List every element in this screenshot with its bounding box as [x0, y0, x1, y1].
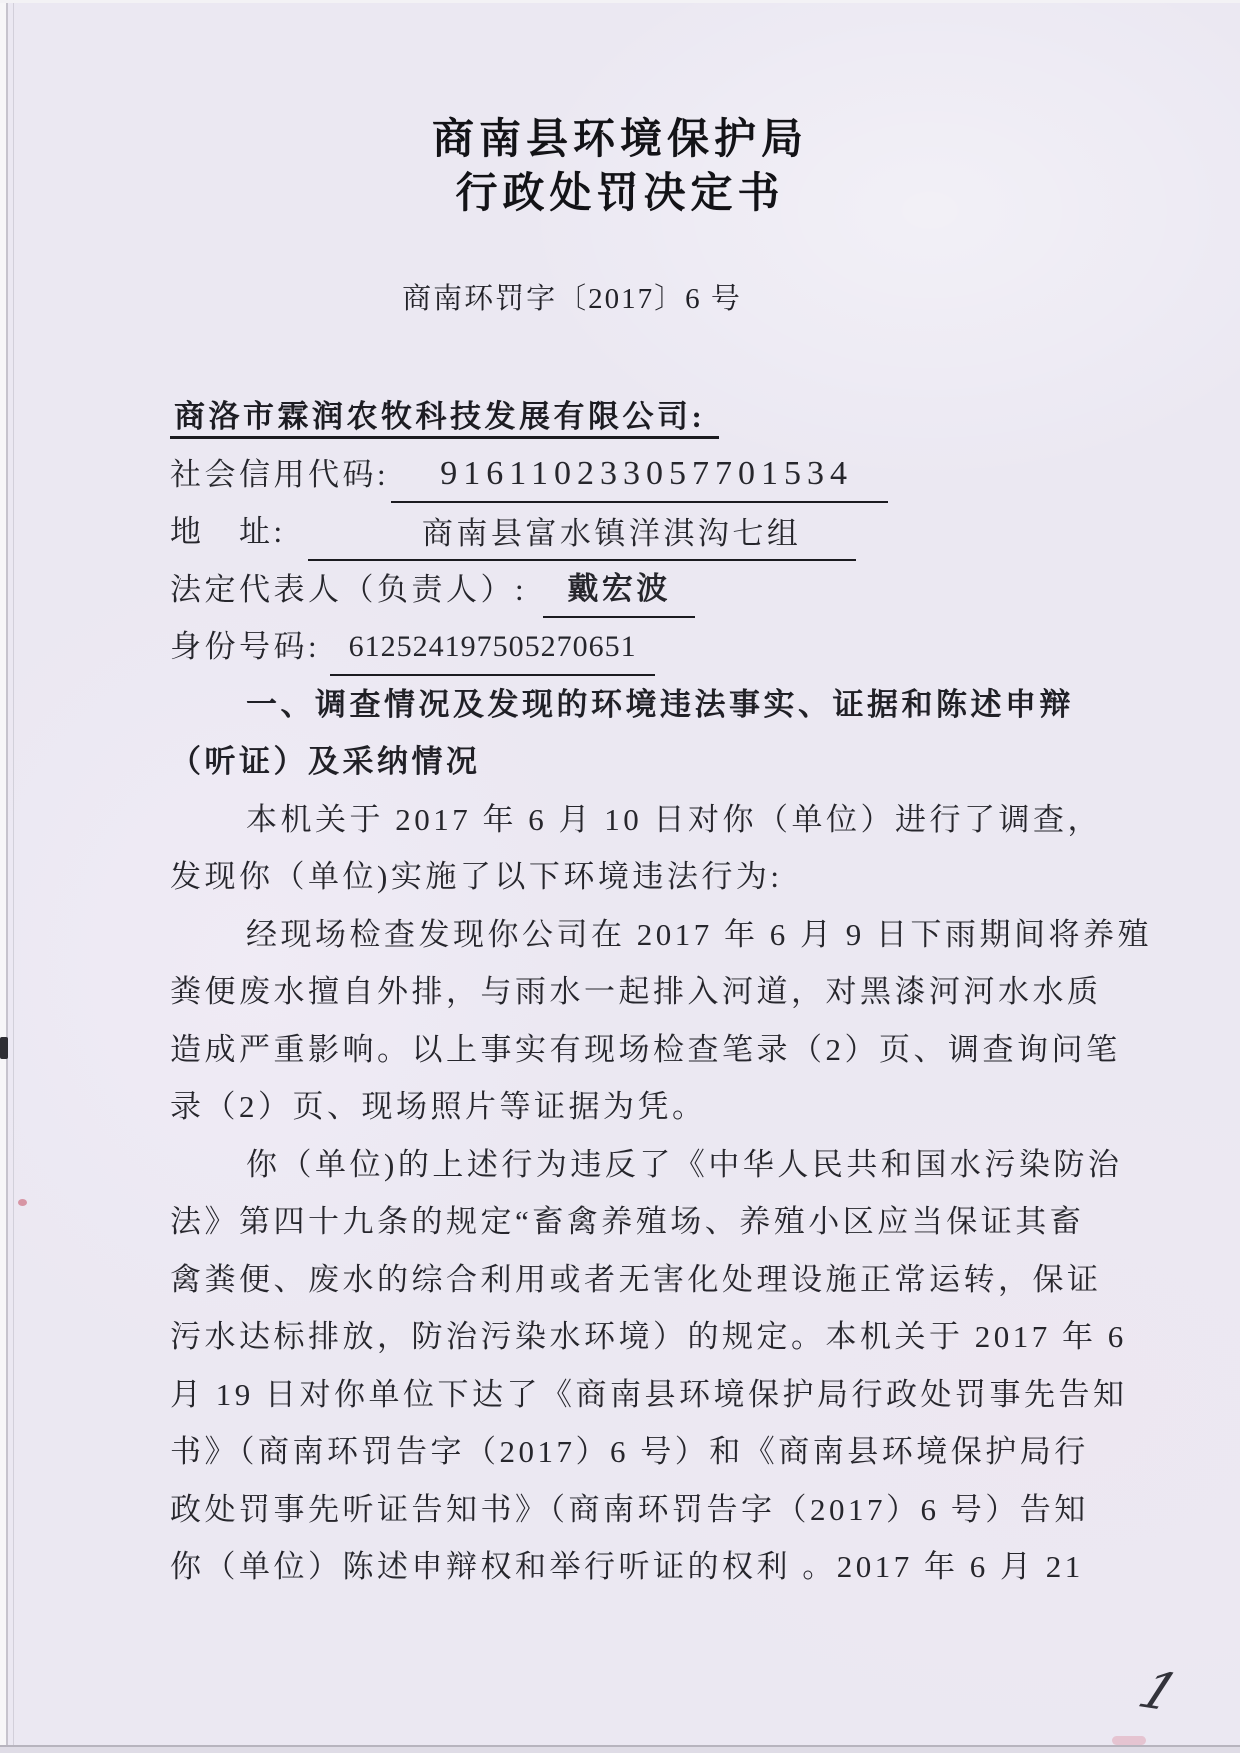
scan-edge-bottom: [0, 1747, 1240, 1753]
body-line: 粪便废水擅自外排，与雨水一起排入河道，对黑漆河河水水质: [170, 963, 1100, 1021]
field-address: 地 址:商南县富水镇洋淇沟七组: [170, 503, 1100, 561]
scanned-document-page: 商南县环境保护局 行政处罚决定书 商南环罚字〔2017〕6 号 商洛市霖润农牧科…: [0, 0, 1240, 1753]
scan-edge-left-line-faint: [13, 0, 14, 1753]
body-line: 政处罚事先听证告知书》（商南环罚告字（2017）6 号）告知: [170, 1481, 1100, 1539]
body-line: 你（单位）陈述申辩权和举行听证的权利 。2017 年 6 月 21: [170, 1538, 1100, 1596]
field-legal-representative-value: 戴宏波: [543, 566, 695, 618]
field-id-number-label: 身份号码:: [170, 618, 320, 676]
document-content: 商洛市霖润农牧科技发展有限公司: 社会信用代码:9161102330577015…: [170, 388, 1100, 1596]
section-heading-line-1: 一、调查情况及发现的环境违法事实、证据和陈述申辩: [170, 676, 1100, 734]
body-line: 月 19 日对你单位下达了《商南县环境保护局行政处罚事先告知: [170, 1366, 1100, 1424]
scan-edge-left-line: [6, 0, 8, 1753]
field-id-number-value: 612524197505270651: [330, 624, 655, 676]
handwritten-page-number: 1: [1130, 1661, 1187, 1723]
body-line: 书》（商南环罚告字（2017）6 号）和《商南县环境保护局行: [170, 1423, 1100, 1481]
body-line: 禽粪便、废水的综合利用或者无害化处理设施正常运转，保证: [170, 1251, 1100, 1309]
field-address-label: 地 址:: [170, 503, 286, 561]
scan-artifact-black-mark: [0, 1037, 8, 1059]
body-line: 本机关于 2017 年 6 月 10 日对你（单位）进行了调查，: [170, 791, 1100, 849]
body-line: 发现你（单位)实施了以下环境违法行为:: [170, 848, 1100, 906]
field-credit-code: 社会信用代码:916110233057701534: [170, 446, 1100, 504]
body-line: 法》第四十九条的规定“畜禽养殖场、养殖小区应当保证其畜: [170, 1193, 1100, 1251]
section-heading-line-2: （听证）及采纳情况: [170, 733, 1100, 791]
field-legal-representative: 法定代表人（负责人）:戴宏波: [170, 561, 1100, 619]
body-line: 录（2）页、现场照片等证据为凭。: [170, 1078, 1100, 1136]
document-title: 商南县环境保护局 行政处罚决定书: [0, 112, 1240, 220]
field-address-value: 商南县富水镇洋淇沟七组: [308, 511, 856, 561]
scan-artifact-red-mark: [18, 1199, 27, 1206]
field-credit-code-label: 社会信用代码:: [170, 446, 389, 504]
recipient-line: 商洛市霖润农牧科技发展有限公司:: [170, 388, 1100, 446]
document-title-line-1: 商南县环境保护局: [0, 112, 1240, 166]
field-legal-representative-label: 法定代表人（负责人）:: [170, 561, 527, 619]
recipient-name: 商洛市霖润农牧科技发展有限公司:: [170, 399, 719, 439]
body-line: 造成严重影响。以上事实有现场检查笔录（2）页、调查询问笔: [170, 1021, 1100, 1079]
document-number: 商南环罚字〔2017〕6 号: [0, 276, 1192, 317]
body-line: 污水达标排放，防治污染水环境）的规定。本机关于 2017 年 6: [170, 1308, 1100, 1366]
body-line: 经现场检查发现你公司在 2017 年 6 月 9 日下雨期间将养殖: [170, 906, 1100, 964]
document-title-line-2: 行政处罚决定书: [0, 166, 1240, 220]
body-line: 你（单位)的上述行为违反了《中华人民共和国水污染防治: [170, 1136, 1100, 1194]
field-id-number: 身份号码:612524197505270651: [170, 618, 1100, 676]
scan-artifact-pink-smudge: [1112, 1736, 1146, 1745]
field-credit-code-value: 916110233057701534: [391, 451, 888, 503]
scan-edge-top: [0, 0, 1240, 3]
